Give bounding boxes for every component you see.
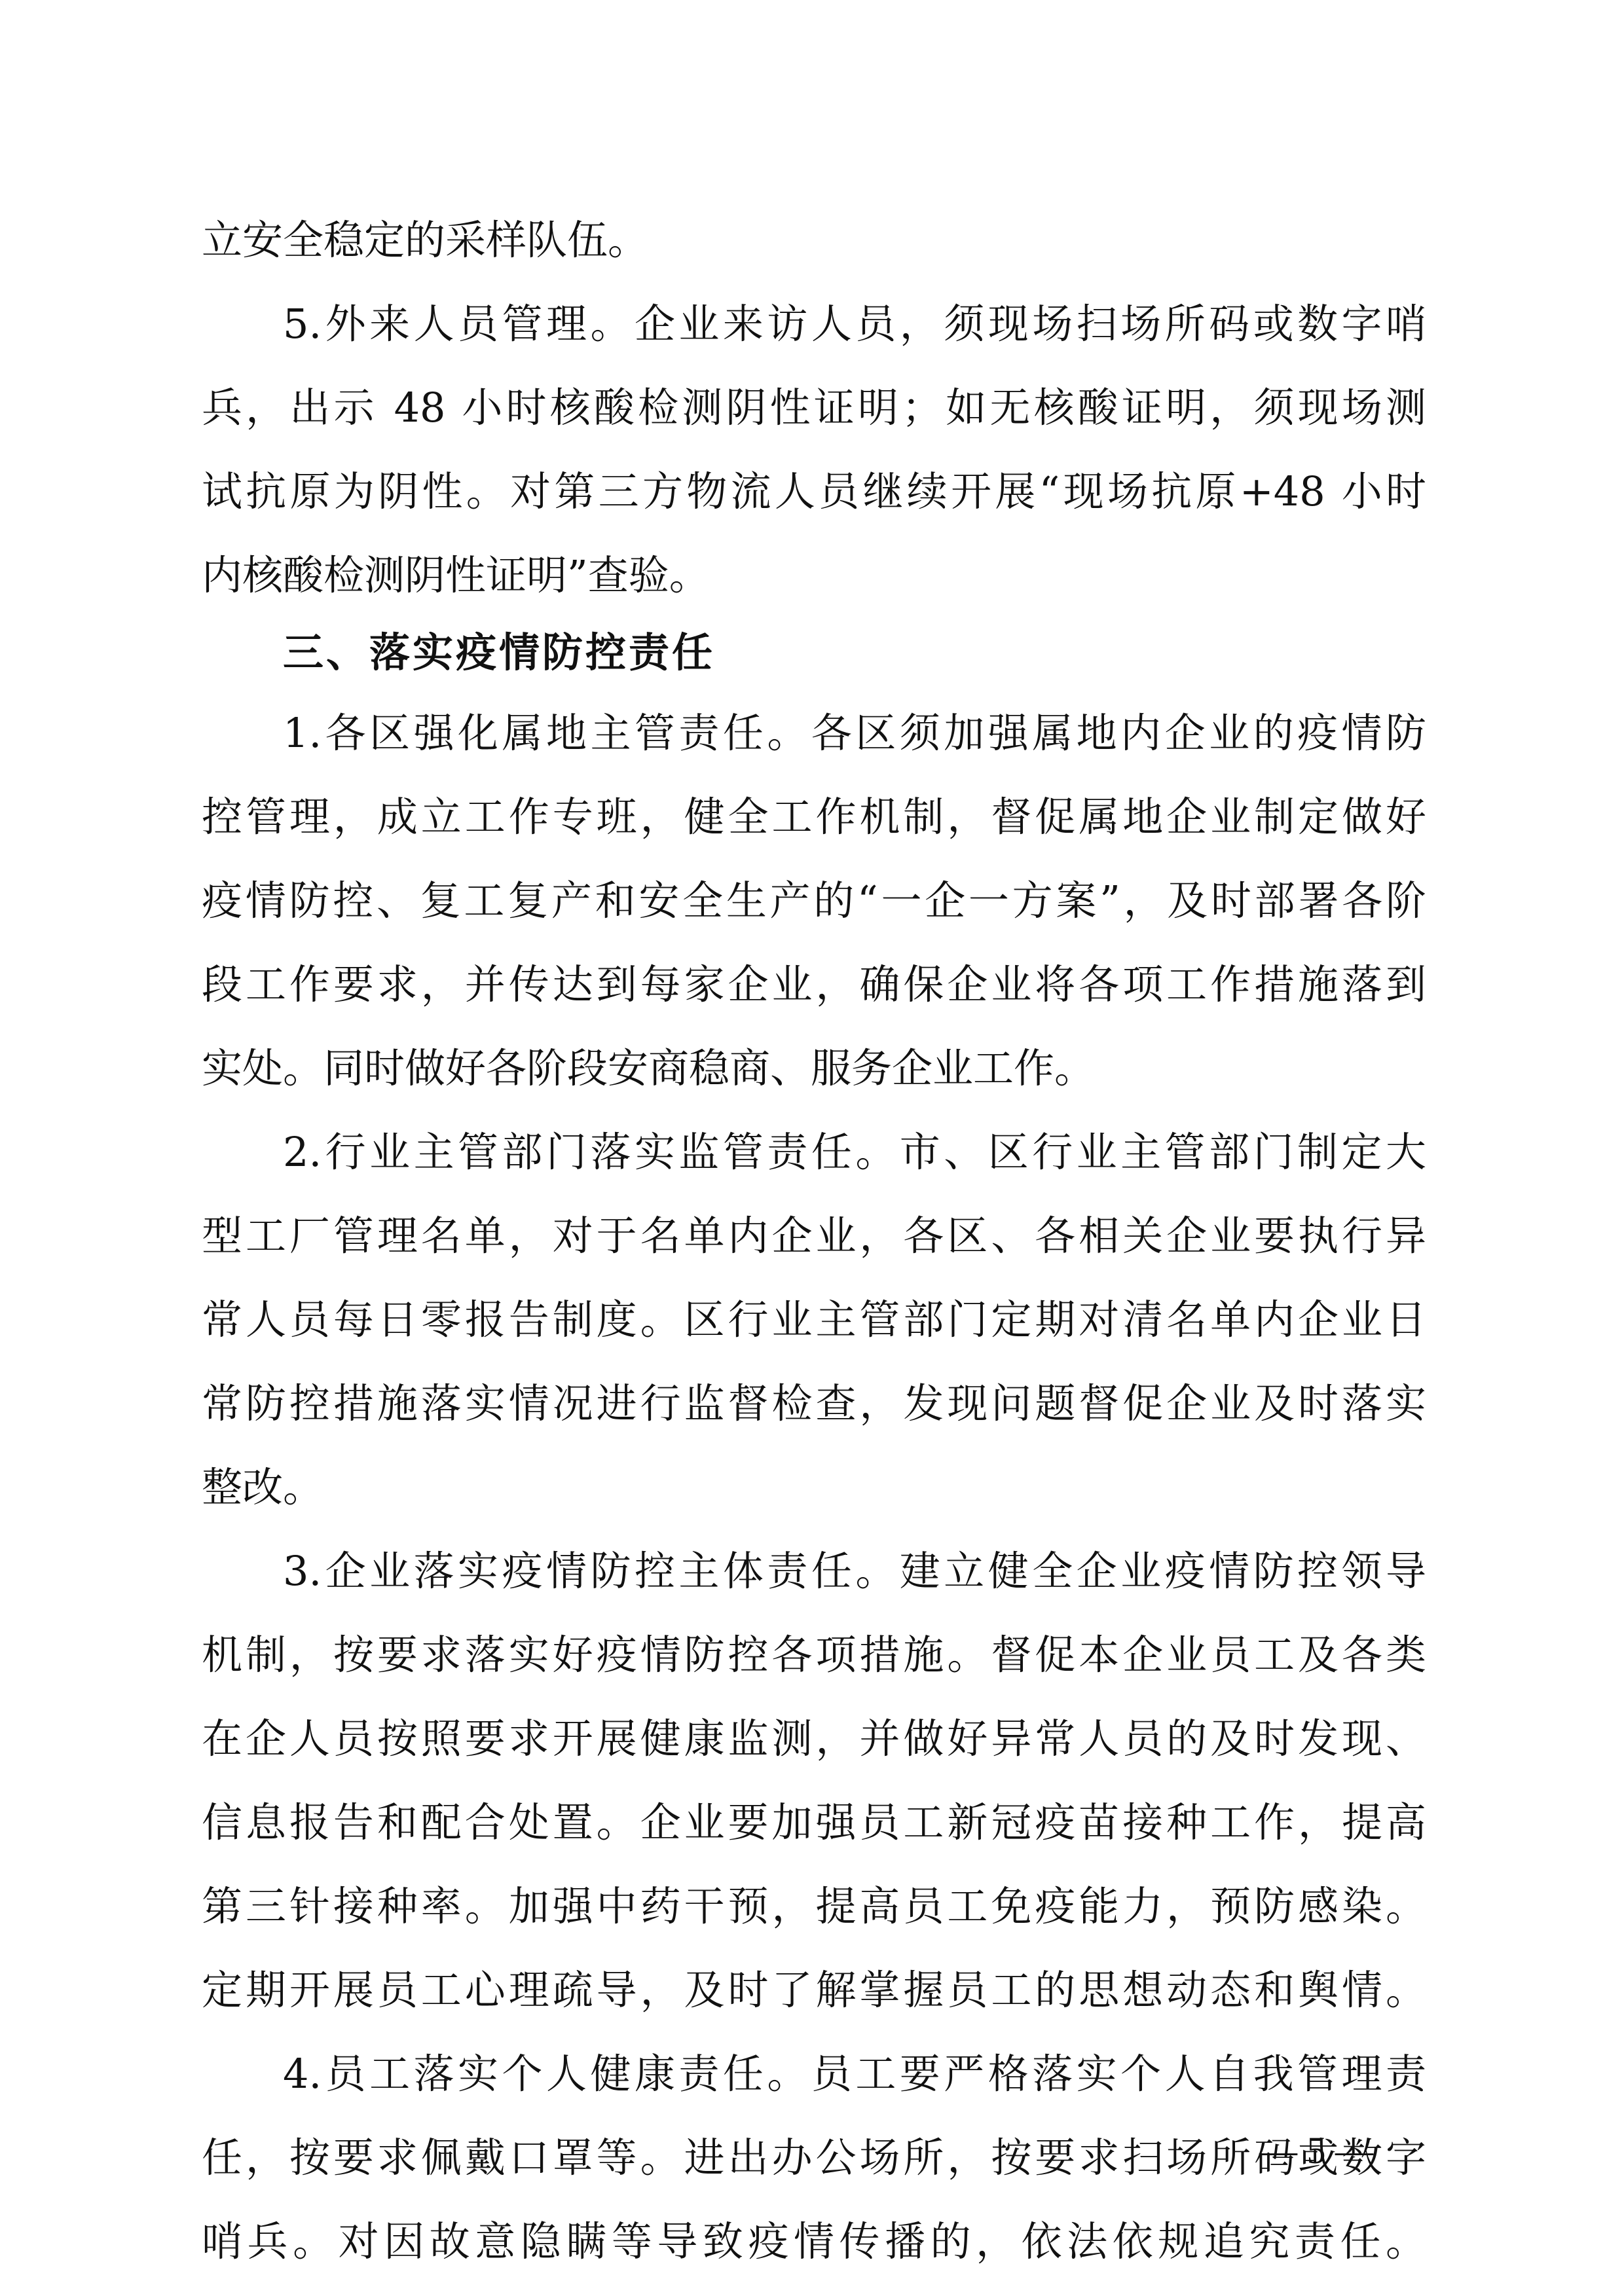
- text-line: 段工作要求，并传达到每家企业，确保企业将各项工作措施落到: [202, 955, 1426, 1014]
- text-line: 常人员每日零报告制度。区行业主管部门定期对清名单内企业日: [202, 1290, 1426, 1349]
- page-number: — 5 —: [1238, 2124, 1395, 2177]
- text-line: 在企人员按照要求开展健康监测，并做好异常人员的及时发现、: [202, 1709, 1426, 1768]
- paragraph-industry-supervision: 2.行业主管部门落实监管责任。市、区行业主管部门制定大: [283, 1123, 1426, 1182]
- text-line: 信息报告和配合处置。企业要加强员工新冠疫苗接种工作，提高: [202, 1793, 1426, 1852]
- text-line: 疫情防控、复工复产和安全生产的“一企一方案”，及时部署各阶: [202, 871, 1426, 930]
- text-line: 兵，出示 48 小时核酸检测阴性证明；如无核酸证明，须现场测: [202, 378, 1426, 437]
- paragraph-enterprise-responsibility: 3.企业落实疫情防控主体责任。建立健全企业疫情防控领导: [283, 1542, 1426, 1601]
- text-line: 立安全稳定的采样队伍。: [202, 211, 1426, 270]
- text-line: 型工厂管理名单，对于名单内企业，各区、各相关企业要执行异: [202, 1207, 1426, 1266]
- text-line: 内核酸检测阴性证明”查验。: [202, 546, 1426, 605]
- text-line: 定期开展员工心理疏导，及时了解掌握员工的思想动态和舆情。: [202, 1961, 1426, 2020]
- paragraph-district-responsibility: 1.各区强化属地主管责任。各区须加强属地内企业的疫情防: [283, 704, 1426, 763]
- section-heading: 三、落实疫情防控责任: [283, 623, 1426, 682]
- document-page: 立安全稳定的采样队伍。 5.外来人员管理。企业来访人员，须现场扫场所码或数字哨 …: [0, 0, 1624, 2296]
- text-line: 实处。同时做好各阶段安商稳商、服务企业工作。: [202, 1039, 1426, 1098]
- text-line: 整改。: [202, 1458, 1426, 1517]
- paragraph-employee-responsibility: 4.员工落实个人健康责任。员工要严格落实个人自我管理责: [283, 2045, 1426, 2104]
- text-line: 试抗原为阴性。对第三方物流人员继续开展“现场抗原+48 小时: [202, 462, 1426, 521]
- text-line: 机制，按要求落实好疫情防控各项措施。督促本企业员工及各类: [202, 1626, 1426, 1685]
- text-line: 常防控措施落实情况进行监督检查，发现问题督促企业及时落实: [202, 1374, 1426, 1433]
- text-line: 第三针接种率。加强中药干预，提高员工免疫能力，预防感染。: [202, 1877, 1426, 1936]
- text-line: 控管理，成立工作专班，健全工作机制，督促属地企业制定做好: [202, 788, 1426, 847]
- paragraph-outsider-management: 5.外来人员管理。企业来访人员，须现场扫场所码或数字哨: [283, 295, 1426, 354]
- text-line: 哨兵。对因故意隐瞒等导致疫情传播的，依法依规追究责任。: [202, 2212, 1426, 2271]
